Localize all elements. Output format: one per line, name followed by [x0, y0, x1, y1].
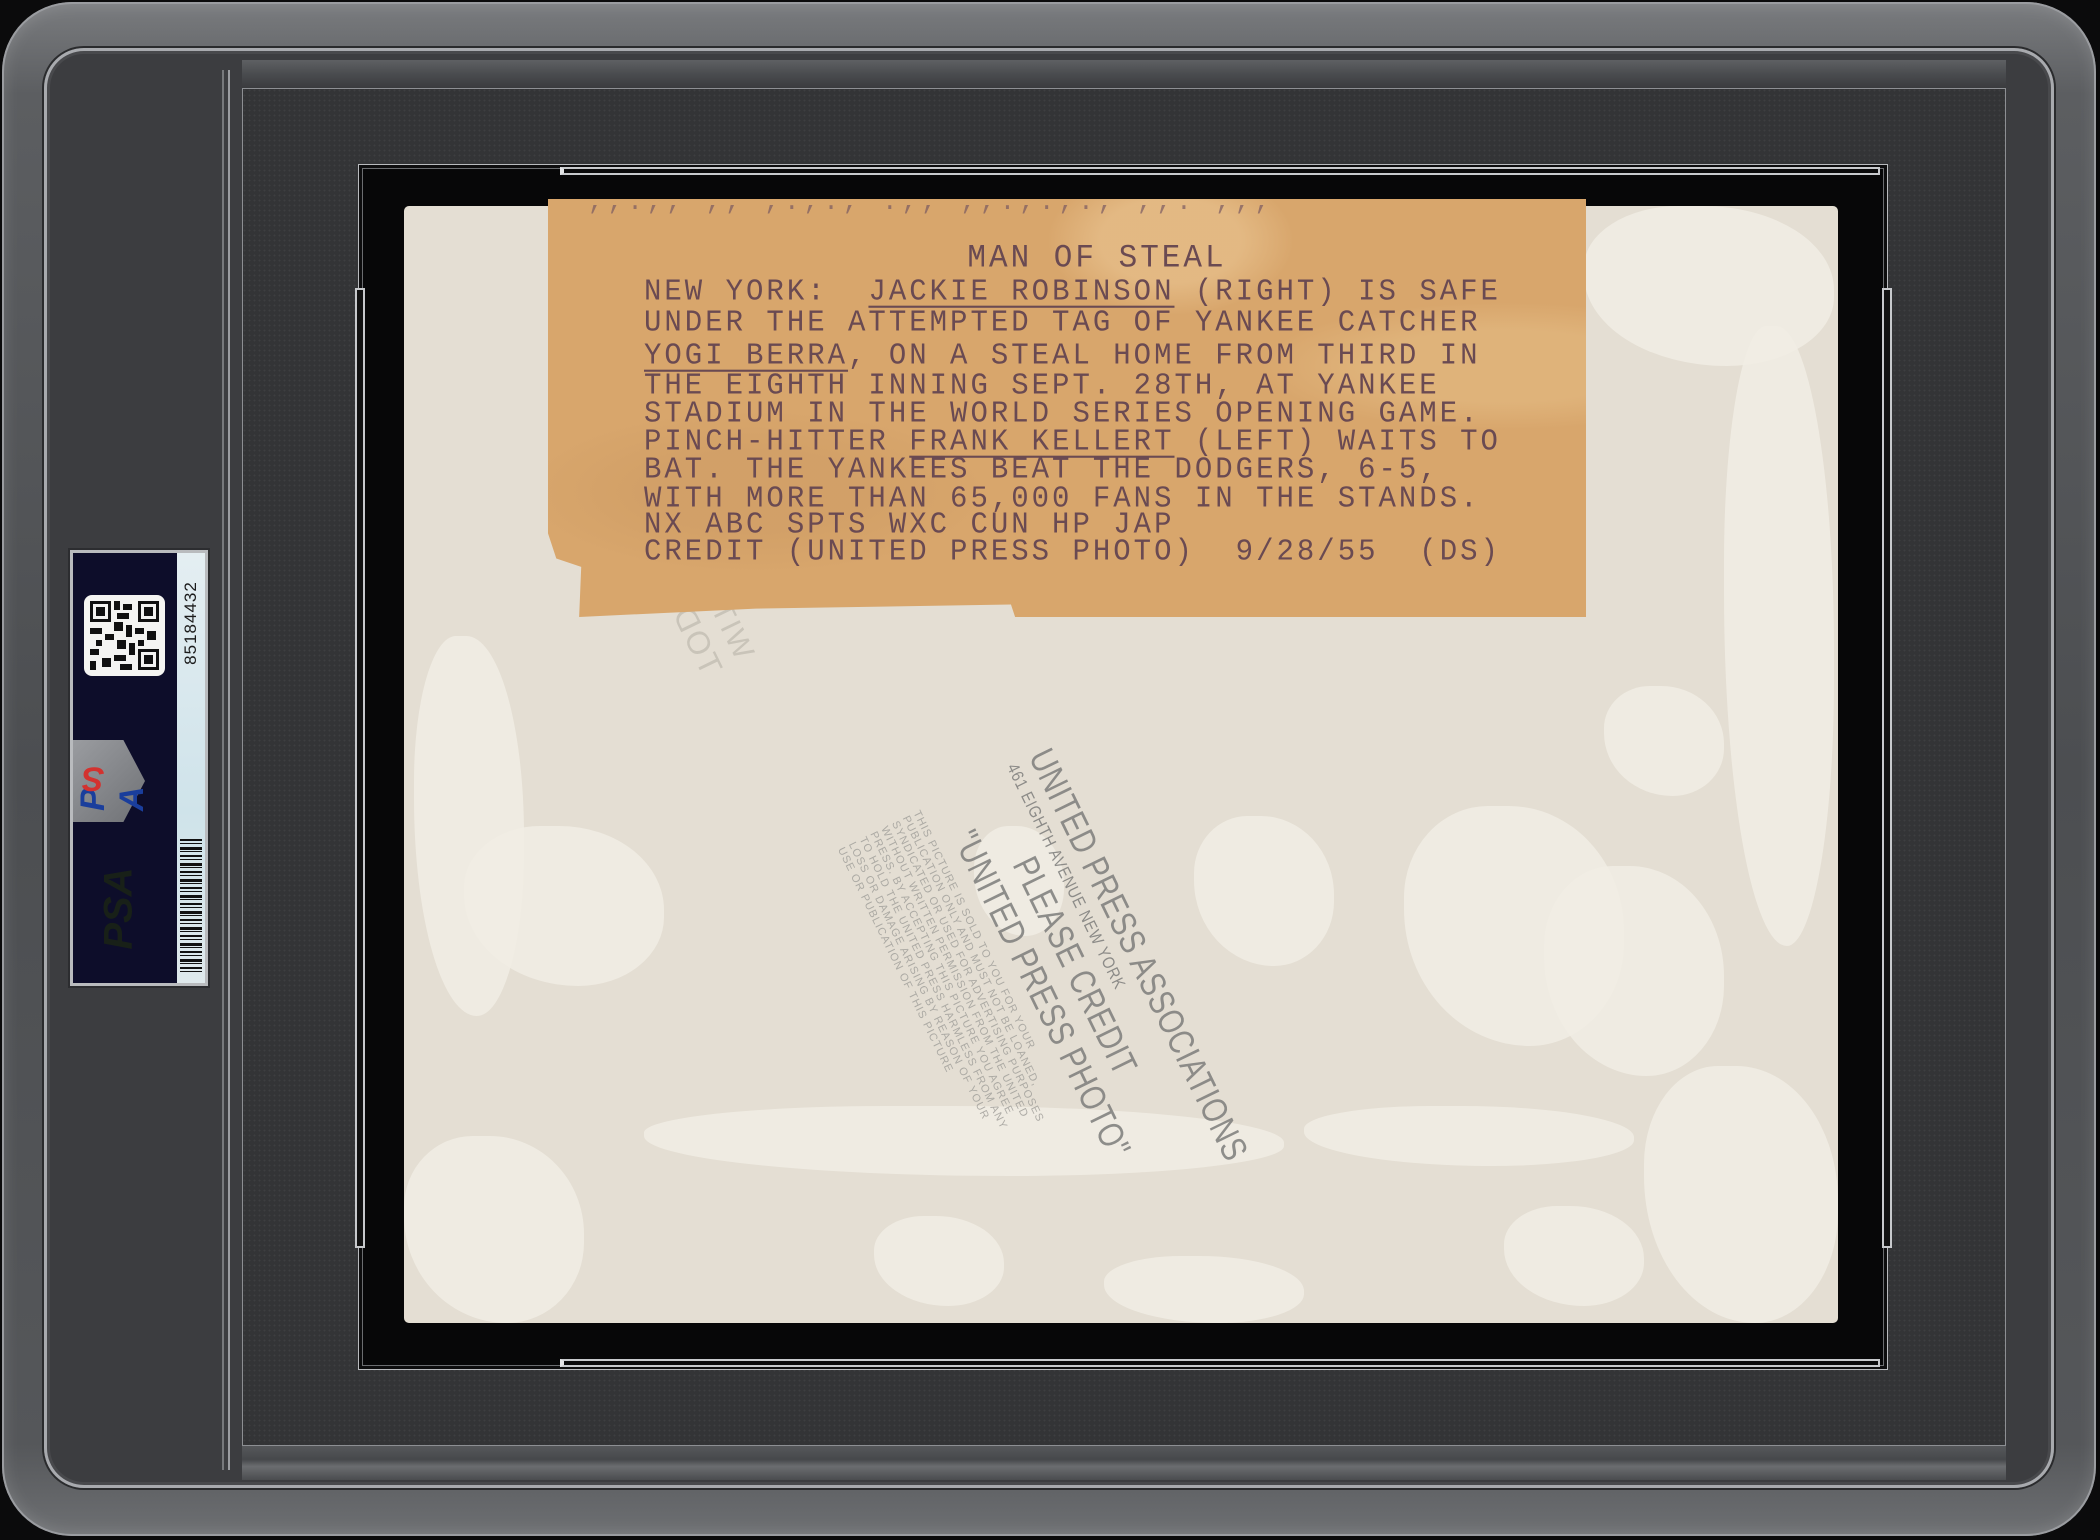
barcode-icon[interactable]	[180, 839, 202, 975]
caption-line: UNDER THE ATTEMPTED TAG OF YANKEE CATCHE…	[644, 305, 1481, 340]
cert-number-text: 85184432	[181, 581, 201, 665]
slab-upper-ridge	[242, 60, 2006, 88]
left-retainer	[355, 288, 365, 1248]
press-caption: ,,.,, ,, ,.,., .,, ,,.,.,., ,,. ,,, MAN …	[548, 199, 1586, 617]
caption-name-underlined: JACKIE ROBINSON	[868, 274, 1174, 309]
bottom-retainer	[560, 1359, 1880, 1367]
top-retainer	[560, 167, 1880, 175]
psa-hologram: PSA	[91, 853, 147, 963]
slab-lower-ridge	[242, 1446, 2006, 1480]
qr-code-icon[interactable]	[84, 595, 165, 676]
caption-title: MAN OF STEAL	[548, 240, 1586, 277]
hologram-text: PSA	[97, 867, 142, 949]
psa-logo-icon: PSA	[83, 743, 143, 819]
right-retainer	[1882, 288, 1892, 1248]
caption-line: NEW YORK: JACKIE ROBINSON (RIGHT) IS SAF…	[644, 274, 1501, 309]
label-zone-divider	[222, 70, 230, 1470]
psa-cert-label: PSA PSA 85184432	[73, 553, 205, 983]
caption-line: CREDIT (UNITED PRESS PHOTO) 9/28/55 (DS)	[644, 534, 1501, 569]
cert-number: 85184432	[177, 563, 205, 683]
